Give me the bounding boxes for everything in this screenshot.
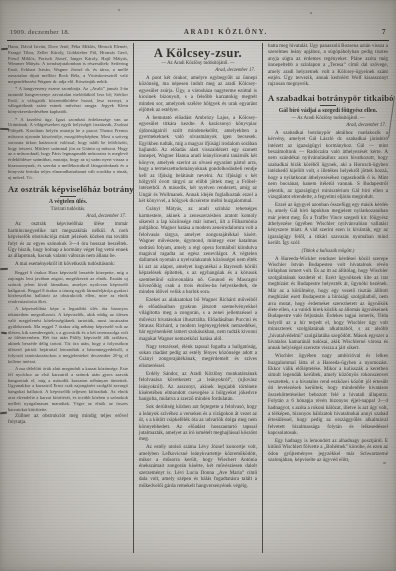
paragraph: (Titkok a kulisszák mögött.)	[268, 249, 388, 255]
middle-article-headline: A Kölcsey-zsur.	[139, 47, 257, 60]
paragraph: Erdély Sándor, az Aradi Közlöny munkatár…	[139, 372, 257, 404]
paragraph: Csányi Mátyás, az aradi színház tehetség…	[139, 207, 257, 297]
page-number: 7	[382, 27, 386, 36]
left-article-dateline: Arad, deczember 17.	[8, 214, 126, 220]
paragraph: hatta meg hivatalát. Úgy panaszolá Bozse…	[268, 44, 388, 89]
paragraph: Az osztrák képviselőház ülése immár harm…	[8, 222, 128, 260]
middle-article-dateline: Arad, deczember 17.	[139, 68, 255, 74]
paper-speck	[310, 12, 312, 14]
paragraph: Ezzel az ügygyel azonban összefügg egy m…	[268, 203, 388, 248]
paragraph: A ma délelőtti órák alatt megindult a ka…	[8, 366, 128, 412]
column-middle: A Kölcsey-zsur. — Az Aradi Közlöny tudós…	[133, 43, 263, 553]
newspaper-page: 1909. deczember 18. ARADI KÖZLÖNY. 7 Han…	[0, 0, 396, 571]
paragraph: A mai eseményekről itt következik tudósí…	[8, 262, 128, 268]
column-left: Hann, Dávid István, Dove Jenő, Péka Mikl…	[3, 43, 133, 553]
margin-mark	[0, 268, 8, 270]
paragraph: A szabadkai botránypör aktáihoz csatlako…	[268, 131, 388, 201]
paper-speck	[118, 9, 120, 11]
paragraph: A képviselőház képe a legutóbbi ülés óta…	[8, 306, 128, 364]
paragraph: * A kezelési ügy. Igazi szombati érdekes…	[8, 117, 128, 181]
paragraph: A Hareeda-Wickler rendszer kérdései közü…	[268, 257, 388, 353]
paragraph: * A hangverseny eszme szombatja. Az „Ava…	[8, 86, 128, 115]
right-article-kicker: — Az Aradi Közlöny tudósítójától. —	[268, 116, 388, 122]
right-article-subhead: Gál bíró vádjai a szegedi főügyész ellen…	[272, 108, 384, 115]
right-article-headline: A szabadkai botránypör titkaiból.	[268, 93, 388, 103]
paragraph: Az estély utolsó száma Lévy József konce…	[139, 445, 257, 490]
right-article-dateline: Arad, deczember 17.	[268, 123, 386, 129]
paragraph: A bemutató előadást Ambrózy Lajos, a Köl…	[139, 116, 257, 206]
masthead: ARADI KÖZLÖNY.	[184, 28, 268, 36]
column-layout: Hann, Dávid István, Dove Jenő, Péka Mikl…	[3, 43, 393, 553]
middle-article-kicker: — Az Aradi Közlöny tudósítójától. —	[139, 61, 257, 67]
margin-mark	[0, 128, 9, 131]
paragraph: Egy hadnagy is lemondott az alhadnagy po…	[268, 439, 388, 465]
paper-speck	[383, 462, 386, 464]
divider-rule	[320, 105, 336, 106]
left-article-body: Az osztrák képviselőház ülése immár harm…	[8, 222, 128, 426]
paragraph: Wischler ügyében nagy ambícióval és lelk…	[268, 354, 388, 437]
middle-article-body: A pont két órakor, amelyre egybegyűlt az…	[139, 76, 257, 490]
column-right: hatta meg hivatalát. Úgy panaszolá Bozse…	[263, 43, 393, 553]
left-article-subhead: A végtelen ülés.	[12, 199, 124, 206]
paragraph: Züllner az obstrukciót még mindig teljes…	[8, 414, 128, 427]
left-continuation: Hann, Dávid István, Dove Jenő, Péka Mikl…	[8, 44, 128, 180]
header-rule	[7, 40, 389, 41]
issue-date: 1909. deczember 18.	[10, 29, 70, 36]
paragraph: A pont két órakor, amelyre egybegyűlt az…	[139, 76, 257, 114]
paragraph: Nagy tetszéssel, élénk tapssal fogadta a…	[139, 345, 257, 371]
left-article-headline: Az osztrák képviselőház botránya.	[8, 184, 128, 194]
paragraph: Hann, Dávid István, Dove Jenő, Péka Mikl…	[8, 44, 128, 85]
divider-rule	[60, 196, 76, 197]
page-header: 1909. deczember 18. ARADI KÖZLÖNY. 7	[10, 27, 386, 39]
left-article-kicker: Távirati tudósítás.	[8, 207, 128, 213]
paragraph: Sok derültség közben azt fejtegette a fe…	[139, 405, 257, 443]
right-article-body: A szabadkai botránypör aktáihoz csatlako…	[268, 131, 388, 465]
paragraph: Ezeket az alakzatokat bő Wagner Richárd …	[139, 298, 257, 343]
paragraph: Reggel 6 órakor Hora képviselő beszéde k…	[8, 270, 128, 305]
right-continuation: hatta meg hivatalát. Úgy panaszolá Bozse…	[268, 44, 388, 89]
